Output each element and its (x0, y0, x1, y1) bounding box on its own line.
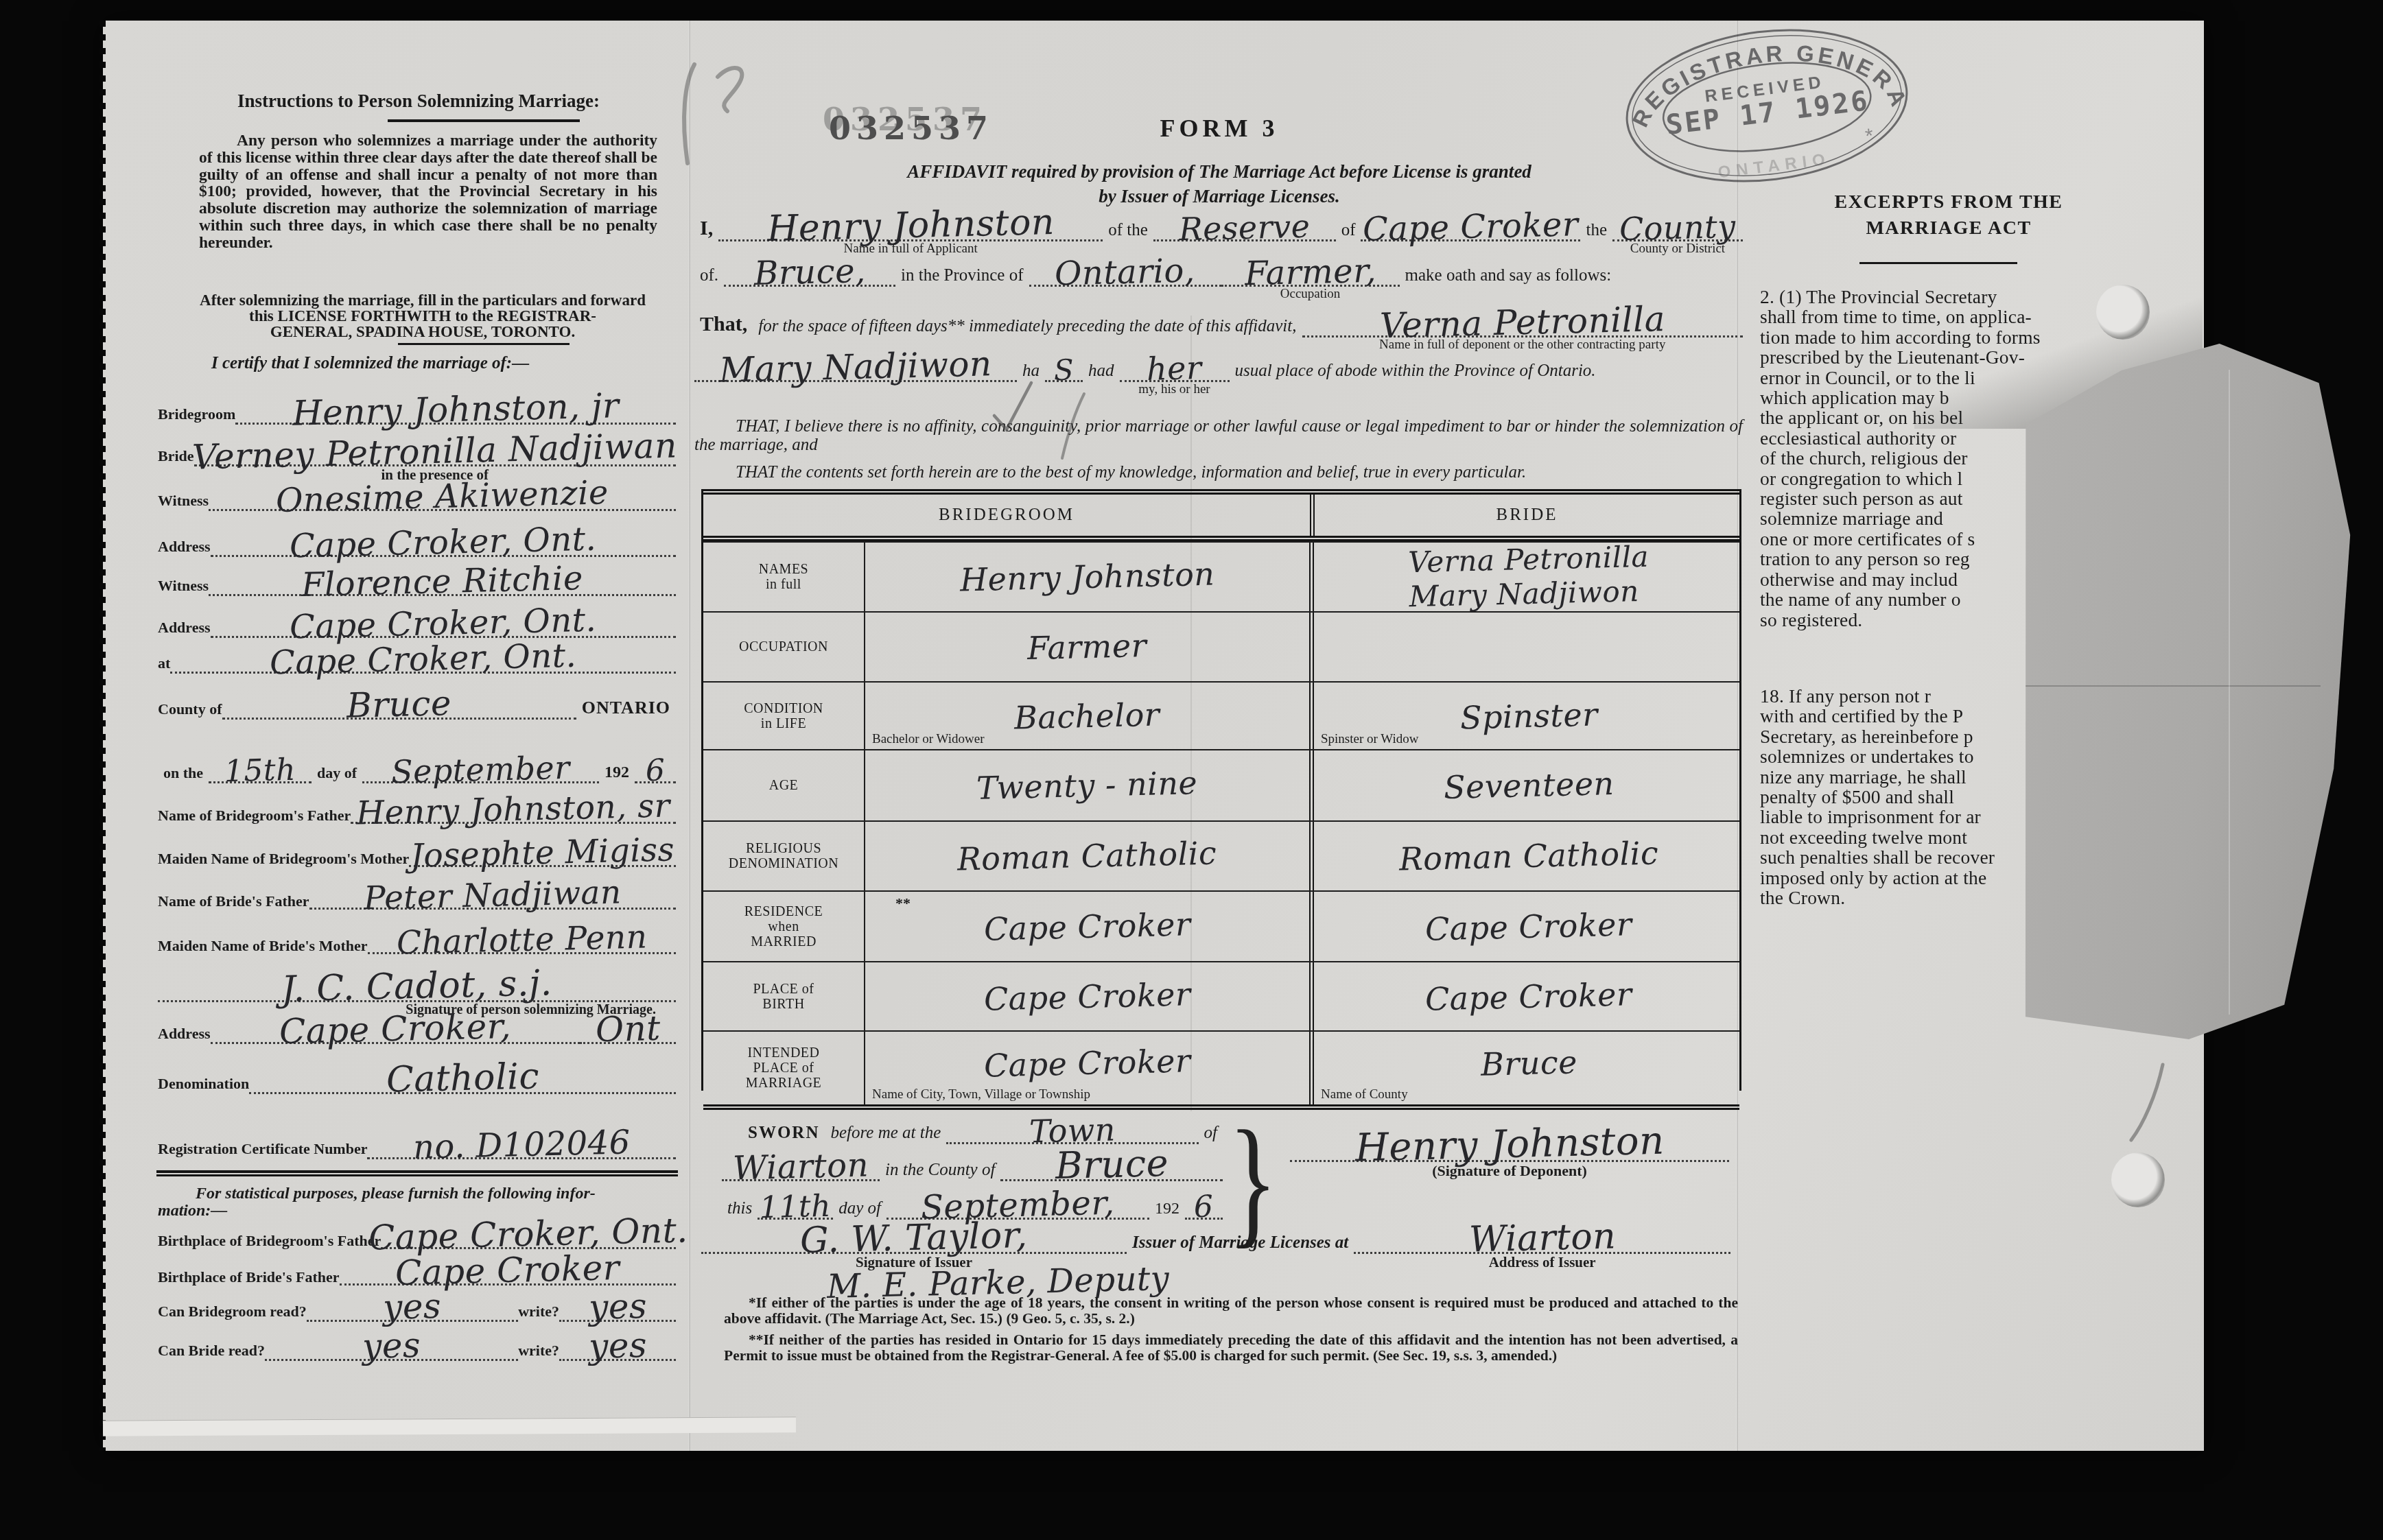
deponent-signature-label: (Signature of Deponent) (1432, 1162, 1587, 1180)
table-row-religion: RELIGIOUS DENOMINATION Roman Catholic Ro… (703, 820, 1739, 890)
bride-father-handwriting: Peter Nadjiwan (363, 873, 622, 917)
sworn-year-handwriting: 6 (1194, 1189, 1214, 1225)
instructions-paragraph: Any person who solemnizes a marriage und… (199, 132, 657, 252)
issuer-signature-row: G. W. Taylor, Signature of Issuer Issuer… (701, 1225, 1730, 1254)
pronoun-label: my, his or her (1138, 382, 1210, 397)
sworn-county-handwriting: Bruce (1055, 1141, 1169, 1187)
form-title: FORM 3 (694, 114, 1744, 143)
divider (388, 119, 580, 122)
sworn-line-2: Wiarton in the County of Bruce (722, 1152, 1223, 1181)
witness1-handwriting: Onesime Akiwenzie (276, 473, 609, 520)
groom-name-handwriting: Henry Johnston (959, 555, 1215, 598)
torn-paper-crease-h (2024, 685, 2321, 687)
oath-place-handwriting: Cape Croker (1363, 205, 1580, 249)
bride-residence-handwriting: Cape Croker (1425, 905, 1633, 947)
field-address-2: Address Cape Croker, Ont. (158, 611, 676, 638)
affidavit-heading-line2: by Issuer of Marriage Licenses. (694, 186, 1744, 207)
table-header: BRIDEGROOM BRIDE (703, 495, 1739, 536)
oath-line-1: I, Henry Johnston Name in full of Applic… (694, 211, 1743, 241)
intended-place-handwriting: Cape Croker (983, 1042, 1191, 1084)
page-bottom-curl (103, 1417, 796, 1436)
occupation-label: Occupation (1280, 287, 1341, 302)
punch-hole-bottom (2111, 1152, 2165, 1207)
field-bridegroom-mother: Maiden Name of Bridegroom's Mother Josep… (158, 837, 676, 867)
bridegroom-read-handwriting: yes (383, 1286, 442, 1327)
condition-bride-sublabel: Spinster or Widow (1321, 732, 1418, 747)
bridegroom-name-handwriting: Henry Johnston, jr (292, 386, 620, 434)
table-row-occupation: OCCUPATION Farmer (703, 611, 1739, 681)
bride-write-handwriting: yes (588, 1325, 647, 1366)
field-county: County of Bruce ONTARIO (158, 692, 676, 720)
registration-number-handwriting: no. D102046 (412, 1123, 631, 1167)
groom-birthplace-handwriting: Cape Croker (983, 975, 1191, 1017)
has-s-handwriting: S (1053, 353, 1074, 388)
denomination-handwriting: Catholic (386, 1056, 539, 1100)
bride-birthplace-handwriting: Cape Croker (1425, 975, 1633, 1017)
field-bride-literacy: Can Bride read? yes write? yes (158, 1334, 676, 1361)
deponent-name-label: Name in full of deponent or the other co… (1379, 337, 1665, 353)
field-denomination: Denomination Catholic (158, 1067, 676, 1094)
scanned-document-scene: Instructions to Person Solemnizing Marri… (0, 0, 2383, 1540)
column-header-bridegroom: BRIDEGROOM (703, 506, 1310, 525)
table-row-residence: RESIDENCE when MARRIED ** Cape Croker Ca… (703, 890, 1739, 961)
table-row-names: NAMES in full Henry Johnston Verna Petro… (703, 541, 1739, 611)
oath-county-handwriting: Bruce, (753, 252, 866, 293)
field-bridegroom: Bridegroom Henry Johnston, jr (158, 397, 676, 425)
field-birthplace-bride-father: Birthplace of Bride's Father Cape Croker (158, 1255, 676, 1286)
solemnizer-address-ont-handwriting: Ont (595, 1008, 661, 1050)
groom-occupation-handwriting: Farmer (1027, 627, 1147, 667)
stamp-province-text: ONTARIO (1717, 150, 1831, 182)
bride-age-handwriting: Seventeen (1443, 765, 1615, 806)
at-place-handwriting: Cape Croker, Ont. (269, 637, 577, 683)
field-bridegroom-literacy: Can Bridegroom read? yes write? yes (158, 1294, 676, 1322)
deponent-signature-row: Henry Johnston (Signature of Deponent) (1290, 1133, 1729, 1162)
stamp-star: * (1864, 124, 1875, 147)
issuer-place-label: Address of Issuer (1489, 1254, 1596, 1271)
sworn-place-handwriting: Wiarton (732, 1146, 869, 1188)
field-bridegroom-father: Name of Bridegroom's Father Henry Johnst… (158, 794, 676, 824)
sworn-line-1: SWORN before me at the Town of (742, 1115, 1223, 1144)
intended-county-sublabel: Name of County (1321, 1087, 1408, 1102)
affidavit-heading-line1: AFFIDAVIT required by provision of The M… (694, 161, 1744, 182)
field-birthplace-bridegroom-father: Birthplace of Bridegroom's Father Cape C… (158, 1219, 676, 1249)
groom-religion-handwriting: Roman Catholic (957, 834, 1217, 877)
field-bride-father: Name of Bride's Father Peter Nadjiwan (158, 879, 676, 910)
divider (1859, 262, 2017, 264)
month-handwriting: September (391, 749, 571, 790)
reserve-handwriting: Reserve (1178, 208, 1311, 248)
intended-place-sublabel: Name of City, Town, Village or Township (872, 1087, 1090, 1102)
affidavit-that-line2: Mary Nadjiwon ha S had her my, his or he… (694, 352, 1743, 382)
bride-name-table-handwriting: Verna Petronilla Mary Nadjiwon (1407, 540, 1650, 615)
field-bride-mother: Maiden Name of Bride's Mother Charlotte … (158, 924, 676, 954)
solemnizer-signature-row: J. C. Cadot, s.j. Signature of person so… (158, 973, 676, 1002)
solemnizer-address-handwriting: Cape Croker, (279, 1006, 511, 1052)
bridegroom-mother-handwriting: Josephte Migiss (410, 831, 674, 875)
bride-condition-handwriting: Spinster (1459, 696, 1598, 736)
divider (398, 343, 570, 345)
footnote-residency: **If neither of the parties has resided … (724, 1332, 1738, 1364)
affidavit-that2: THAT, I believe there is no affinity, co… (694, 417, 1743, 454)
forward-instructions: After solemnizing the marriage, fill in … (166, 292, 679, 340)
certify-line: I certify that I solemnized the marriage… (211, 354, 529, 373)
county-handwriting: Bruce (346, 683, 451, 726)
instructions-title: Instructions to Person Solemnizing Marri… (158, 91, 679, 112)
table-row-age: AGE Twenty - nine Seventeen (703, 749, 1739, 820)
affidavit-that-line1: That, for the space of fifteen days** im… (694, 307, 1743, 337)
column-header-bride: BRIDE (1310, 495, 1739, 536)
table-row-birthplace: PLACE of BIRTH Cape Croker Cape Croker (703, 961, 1739, 1030)
field-label: Bride (158, 447, 194, 465)
field-label: Bridegroom (158, 405, 235, 423)
bridegroom-bride-table: BRIDEGROOM BRIDE NAMES in full Henry Joh… (701, 489, 1741, 1091)
address1-handwriting: Cape Croker, Ont. (290, 520, 598, 566)
footnote-consent: *If either of the parties is under the a… (724, 1295, 1738, 1327)
field-registration-number: Registration Certificate Number no. D102… (158, 1132, 676, 1159)
torn-paper-crease-v (2229, 370, 2230, 1015)
field-solemnizer-address: Address Cape Croker, Ont (158, 1017, 676, 1044)
intended-county-handwriting: Bruce (1480, 1043, 1577, 1082)
affidavit-page: Instructions to Person Solemnizing Marri… (103, 21, 2204, 1451)
county-district-label: County or District (1630, 241, 1725, 257)
oath-line-2: of. Bruce, in the Province of Ontario, F… (694, 257, 1743, 287)
bridegroom-write-handwriting: yes (588, 1286, 647, 1327)
groom-residence-handwriting: Cape Croker (983, 905, 1191, 947)
province-handwriting: Ontario, (1055, 252, 1196, 294)
witness2-handwriting: Florence Ritchie (301, 559, 584, 604)
field-bride: Bride Verney Petronilla Nadjiwan in the … (158, 439, 676, 466)
bride-religion-handwriting: Roman Catholic (1398, 834, 1658, 877)
field-at: at Cape Croker, Ont. (158, 646, 676, 674)
sworn-line-3: this 11th day of September, 192 6 (722, 1191, 1223, 1220)
bride-mother-handwriting: Charlotte Penn (396, 919, 648, 962)
field-witness-2: Witness Florence Ritchie (158, 569, 676, 596)
bride-read-handwriting: yes (362, 1325, 421, 1366)
field-address-1: Address Cape Croker, Ont. (158, 530, 676, 557)
condition-groom-sublabel: Bachelor or Widower (872, 732, 985, 747)
day-handwriting: 15th (224, 753, 296, 790)
residence-asterisks: ** (895, 895, 911, 912)
section-divider (156, 1170, 678, 1176)
torn-paper-overlay (2024, 342, 2353, 1043)
year-handwriting: 6 (645, 753, 666, 789)
table-row-condition: CONDITION in LIFE Bachelor Bachelor or W… (703, 681, 1739, 749)
punch-hole-top (2096, 285, 2150, 340)
fold-crease-left (688, 21, 690, 1451)
groom-age-handwriting: Twenty - nine (976, 764, 1198, 807)
field-marriage-date: on the 15th day of September 192 6 (158, 756, 676, 783)
groom-condition-handwriting: Bachelor (1014, 696, 1161, 736)
excerpts-title: EXCERPTS FROM THE MARRIAGE ACT (1757, 189, 2141, 241)
deponent-name2-handwriting: Mary Nadjiwon (718, 344, 992, 390)
province-label: ONTARIO (576, 698, 676, 718)
affidavit-that3: THAT the contents set forth herein are t… (694, 463, 1743, 482)
bridegroom-father-handwriting: Henry Johnston, sr (356, 787, 671, 832)
field-witness-1: Witness Onesime Akiwenzie (158, 484, 676, 511)
table-row-intended-place: INTENDED PLACE of MARRIAGE Cape Croker N… (703, 1030, 1739, 1104)
